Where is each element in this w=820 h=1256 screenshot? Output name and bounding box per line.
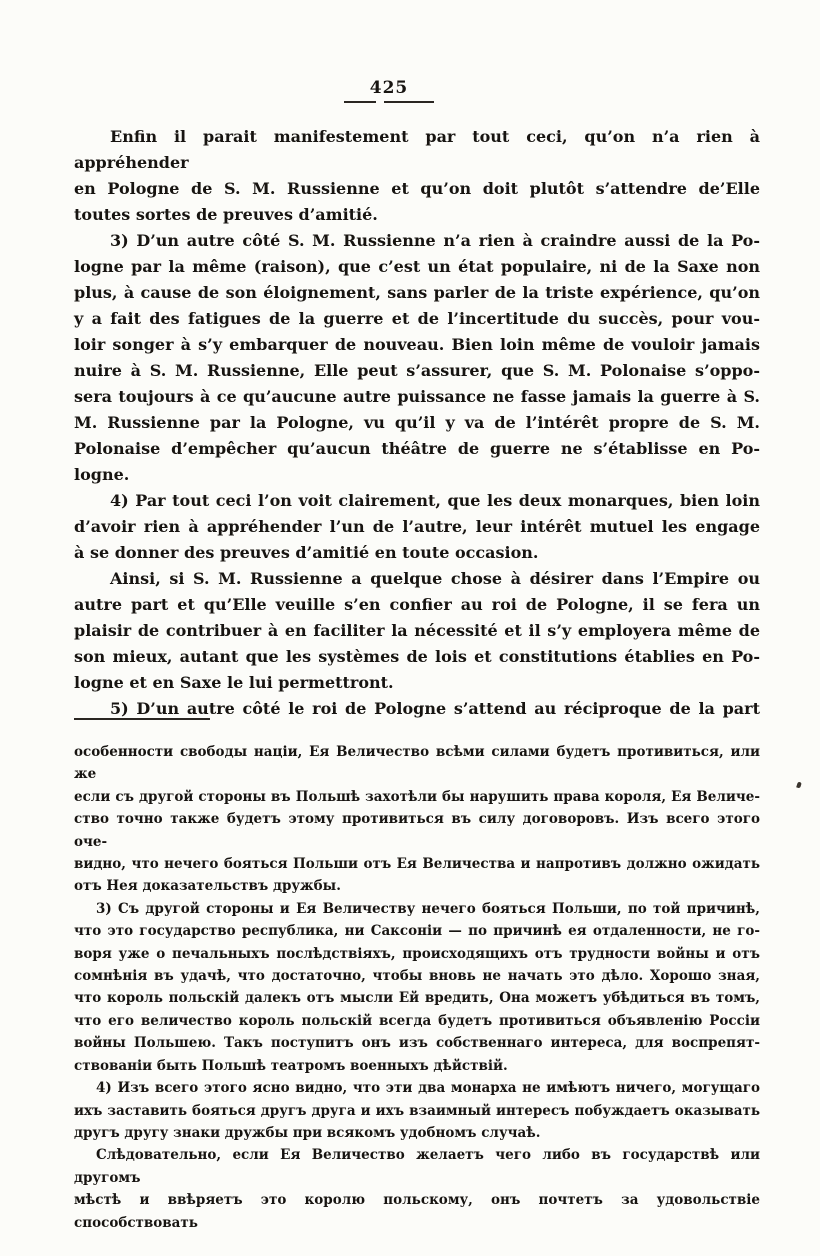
text-line: видно, что нечего бояться Польши отъ Ея … [74, 853, 760, 875]
paragraph: 4) Изъ всего этого ясно видно, что эти д… [74, 1077, 760, 1144]
text-line: что его величество король польскій всегд… [74, 1010, 760, 1032]
text-line: plus, à cause de son éloignement, sans p… [74, 280, 760, 306]
text-line: logne par la même (raison), que c’est un… [74, 254, 760, 280]
rule-segment [384, 101, 434, 103]
paragraph: Слѣдовательно, если Ея Величество желает… [74, 1144, 760, 1234]
text-line: sera toujours à ce qu’aucune autre puiss… [74, 384, 760, 410]
paragraph: 4) Par tout ceci l’on voit clairement, q… [74, 488, 760, 566]
text-line: Слѣдовательно, если Ея Величество желает… [74, 1144, 760, 1189]
paragraph: особенности свободы націи, Ея Величество… [74, 741, 760, 898]
text-line: loir songer à s’y embarquer de nouveau. … [74, 332, 760, 358]
text-line: autre part et qu’Elle veuille s’en confi… [74, 592, 760, 618]
text-line: что король польскій далекъ отъ мысли Ей … [74, 987, 760, 1009]
text-line: другъ другу знаки дружбы при всякомъ удо… [74, 1122, 760, 1144]
text-line: Polonaise d’empêcher qu’aucun théâtre de… [74, 436, 760, 462]
text-line: мѣстѣ и ввѣряетъ это королю польскому, о… [74, 1189, 760, 1234]
text-line: Ainsi, si S. M. Russienne a quelque chos… [74, 566, 760, 592]
print-artifact-speck [796, 782, 802, 789]
paragraph: 3) Съ другой стороны и Ея Величеству неч… [74, 898, 760, 1077]
text-line: ствованіи быть Польшѣ театромъ военныхъ … [74, 1055, 760, 1077]
text-line: ихъ заставить бояться другъ друга и ихъ … [74, 1100, 760, 1122]
paragraph: 3) D’un autre côté S. M. Russienne n’a r… [74, 228, 760, 488]
text-line: что это государство республика, ни Саксо… [74, 920, 760, 942]
text-line: сомнѣнія въ удачѣ, что достаточно, чтобы… [74, 965, 760, 987]
paragraph: Ainsi, si S. M. Russienne a quelque chos… [74, 566, 760, 696]
text-line: 3) D’un autre côté S. M. Russienne n’a r… [74, 228, 760, 254]
page-header: 425 [0, 78, 778, 104]
page-number: 425 [0, 78, 778, 98]
text-line: если съ другой стороны въ Польшѣ захотѣл… [74, 786, 760, 808]
text-line: toutes sortes de preuves d’amitié. [74, 202, 760, 228]
text-line: y a fait des fatigues de la guerre et de… [74, 306, 760, 332]
text-line: logne. [74, 462, 760, 488]
main-text-french: Enfin il parait manifestement par tout c… [74, 124, 760, 722]
text-line: воря уже о печальныхъ послѣдствіяхъ, про… [74, 943, 760, 965]
text-line: son mieux, autant que les systèmes de lo… [74, 644, 760, 670]
book-page-scan: 425 Enfin il parait manifestement par to… [0, 0, 820, 1256]
page-number-rule [0, 101, 778, 104]
text-line: войны Польшею. Такъ поступитъ онъ изъ со… [74, 1032, 760, 1054]
text-line: Enfin il parait manifestement par tout c… [74, 124, 760, 176]
text-line: 4) Par tout ceci l’on voit clairement, q… [74, 488, 760, 514]
text-line: logne et en Saxe le lui permettront. [74, 670, 760, 696]
text-line: d’avoir rien à appréhender l’un de l’aut… [74, 514, 760, 540]
text-line: ство точно также будетъ этому противитьс… [74, 808, 760, 853]
text-line: en Pologne de S. M. Russienne et qu’on d… [74, 176, 760, 202]
footnote-russian: особенности свободы націи, Ея Величество… [74, 741, 760, 1234]
text-line: особенности свободы націи, Ея Величество… [74, 741, 760, 786]
text-line: отъ Нея доказательствъ дружбы. [74, 875, 760, 897]
text-line: nuire à S. M. Russienne, Elle peut s’ass… [74, 358, 760, 384]
text-line: 4) Изъ всего этого ясно видно, что эти д… [74, 1077, 760, 1099]
text-line: M. Russienne par la Pologne, vu qu’il y … [74, 410, 760, 436]
paragraph: Enfin il parait manifestement par tout c… [74, 124, 760, 228]
text-line: à se donner des preuves d’amitié en tout… [74, 540, 760, 566]
text-line: 3) Съ другой стороны и Ея Величеству неч… [74, 898, 760, 920]
rule-segment [344, 101, 376, 103]
text-line: plaisir de contribuer à en faciliter la … [74, 618, 760, 644]
footnote-separator-rule [74, 718, 210, 720]
